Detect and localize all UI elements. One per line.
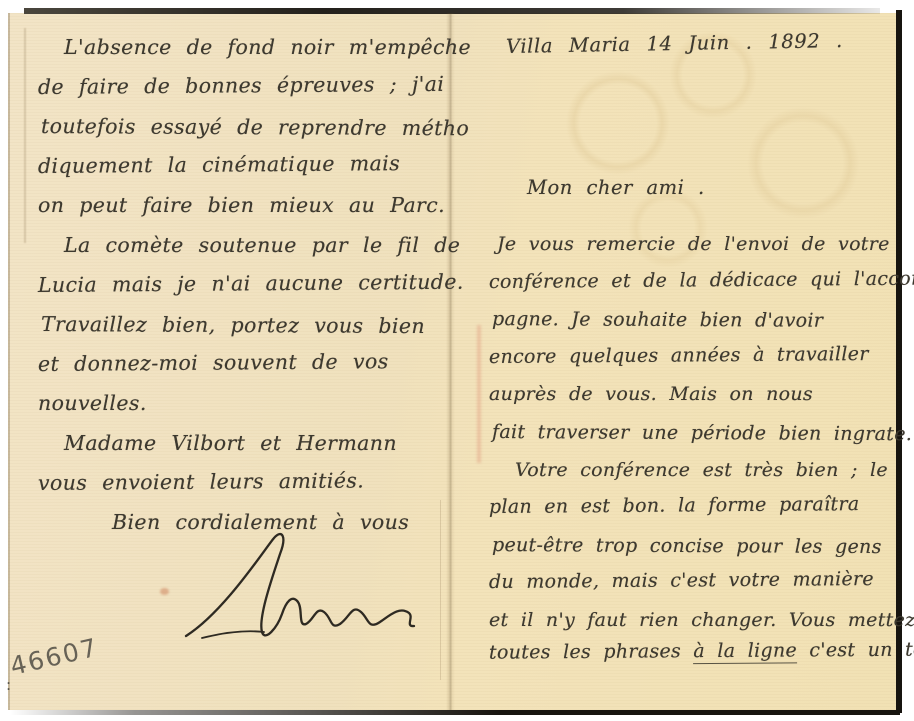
handwritten-line: et il n'y faut rien changer. Vous mettez — [489, 604, 905, 642]
handwritten-line: Madame Vilbort et Hermann — [38, 426, 468, 466]
handwritten-line: Travaillez bien, portez vous bien — [41, 307, 468, 349]
paragraph: La comète soutenue par le fil de Lucia m… — [38, 228, 468, 426]
handwritten-line: du monde, mais c'est votre manière — [489, 563, 905, 604]
salutation: Mon cher ami . — [527, 176, 705, 199]
paper-edge-left — [8, 13, 10, 710]
paragraph: Madame Vilbort et Hermann vous envoient … — [38, 426, 468, 505]
handwritten-line: toutefois essayé de reprendre métho — [41, 109, 468, 151]
handwritten-line: de faire de bonnes épreuves ; j'ai — [38, 66, 468, 109]
paragraph: L'absence de fond noir m'empêche de fair… — [38, 30, 468, 228]
handwritten-line: Votre conférence est très bien ; le — [489, 454, 905, 492]
left-page-text: L'absence de fond noir m'empêche de fair… — [38, 30, 468, 545]
handwritten-line: Lucia mais je n'ai aucune certitude. — [38, 264, 468, 307]
line-segment: toutes les phrases — [489, 640, 694, 663]
left-page-crease — [24, 28, 26, 243]
handwritten-line: Je vous remercie de l'envoi de votre — [489, 228, 905, 266]
handwritten-line: L'absence de fond noir m'empêche — [38, 30, 468, 70]
handwritten-line: vous envoient leurs amitiés. — [38, 462, 468, 505]
handwritten-line: auprès de vous. Mais on nous — [489, 378, 905, 416]
scan-border-bottom — [10, 710, 900, 715]
handwritten-line: et donnez-moi souvent de vos — [38, 343, 468, 386]
line-segment: c'est un tort — [797, 638, 914, 661]
paper-stain — [477, 325, 481, 463]
handwritten-line: plan en est bon. la forme paraîtra — [489, 488, 905, 529]
handwritten-line: diquement la cinématique mais — [38, 145, 468, 188]
archive-pencil-mark: : — [6, 676, 11, 694]
handwritten-line: La comète soutenue par le fil de — [38, 228, 468, 268]
underlined-phrase: à la ligne — [693, 639, 797, 664]
handwritten-line-with-underline: toutes les phrases à la ligne c'est un t… — [489, 638, 914, 663]
paragraph: Votre conférence est très bien ; le plan… — [489, 454, 905, 642]
handwritten-line: nouvelles. — [38, 386, 468, 426]
handwritten-line: on peut faire bien mieux au Parc. — [38, 188, 468, 228]
handwritten-line: fait traverser une période bien ingrate. — [492, 416, 905, 456]
signature-flourish — [146, 532, 426, 652]
right-page-text: Je vous remercie de l'envoi de votre con… — [489, 228, 905, 642]
handwritten-line: encore quelques années à travailler — [489, 338, 905, 379]
handwritten-line: pagne. Je souhaite bien d'avoir — [492, 303, 905, 343]
paragraph: Je vous remercie de l'envoi de votre con… — [489, 228, 905, 454]
handwritten-line: conférence et de la dédicace qui l'accom — [489, 262, 905, 303]
